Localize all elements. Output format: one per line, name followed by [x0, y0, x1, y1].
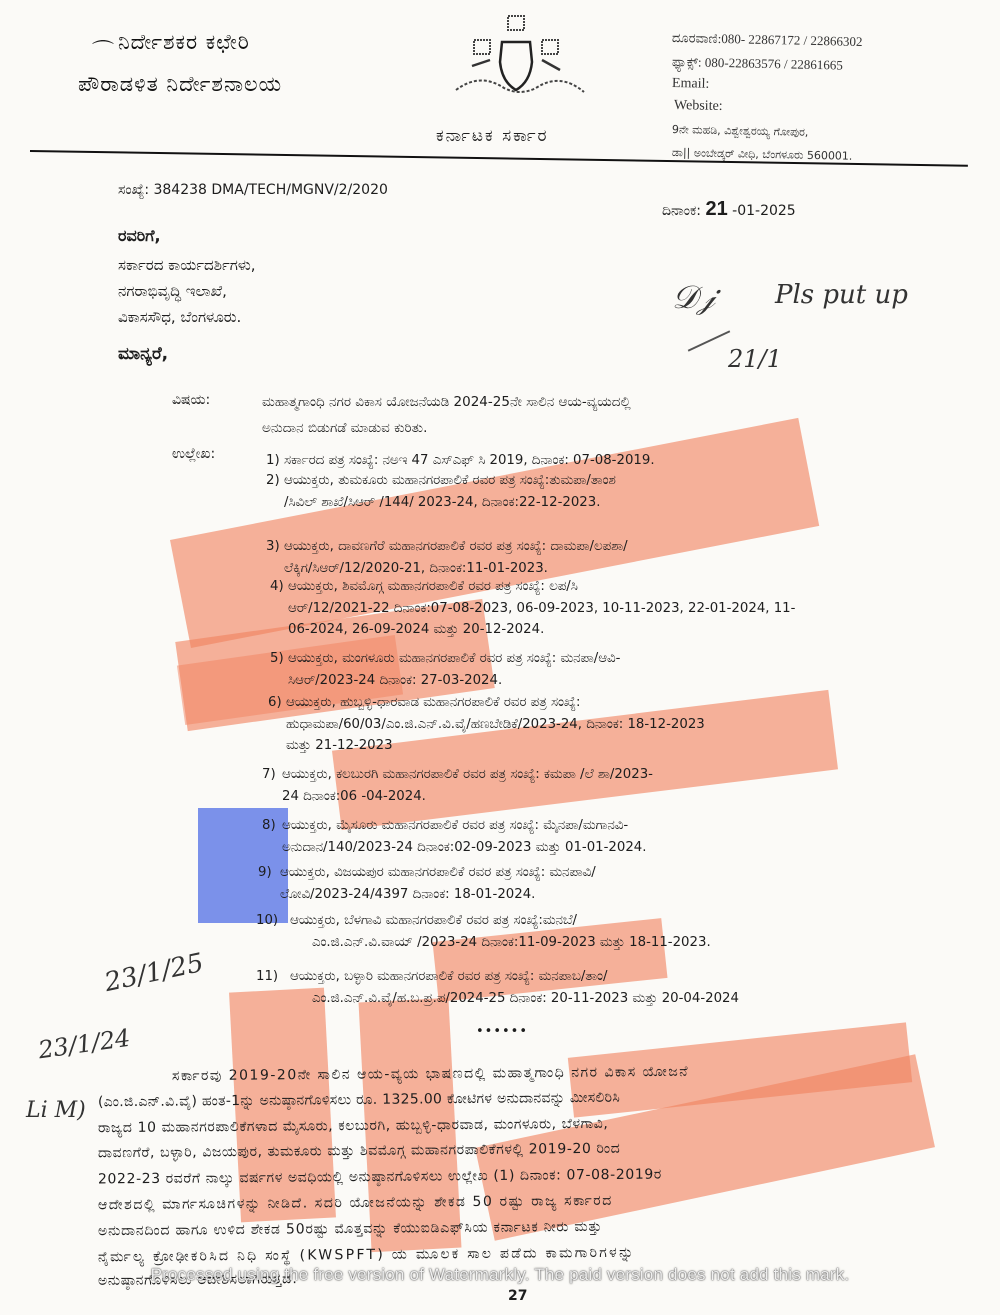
side-note: Li M)	[26, 1098, 86, 1123]
side-signature-1: 23/1/25	[102, 948, 206, 998]
paragraph-line: ರಾಜ್ಯದ 10 ಮಹಾನಗರಪಾಲಿಕೆಗಳಾದ ಮೈಸೂರು, ಕಲಬುರ…	[98, 1115, 609, 1135]
paragraph-line: ಅನುದಾನದಿಂದ ಹಾಗೂ ಉಳಿದ ಶೇಕಡ 50ರಷ್ಟು ಮೊತ್ತವ…	[98, 1219, 602, 1239]
government-label: ಕರ್ನಾಟಕ ಸರ್ಕಾರ	[436, 126, 549, 146]
initials-signature: 𝒟𝒿	[672, 278, 715, 317]
reference-number-8: 8)	[262, 815, 276, 836]
pen-mark-icon: ⌒	[92, 35, 114, 66]
reference-item-line: ಆಯುಕ್ತರು, ಮೈಸೂರು ಮಹಾನಗರಪಾಲಿಕೆ ರವರ ಪತ್ರ ಸ…	[282, 815, 628, 836]
reference-number-4: 4)	[270, 576, 284, 597]
reference-item-line: ಆಯುಕ್ತರು, ವಿಜಯಪುರ ಮಹಾನಗರಪಾಲಿಕೆ ರವರ ಪತ್ರ …	[280, 862, 596, 883]
reference-item-line: ಆಯುಕ್ತರು, ಬಳ್ಳಾರಿ ಮಹಾನಗರಪಾಲಿಕೆ ರವರ ಪತ್ರ …	[290, 966, 607, 987]
watermark-text: Processed using the free version of Wate…	[0, 1265, 1000, 1285]
date-rest: -01-2025	[732, 203, 796, 219]
reference-number-1: 1)	[266, 450, 280, 471]
reference-item-line: /ಸಿವಿಲ್ ಶಾಖೆ/ಸಿಆರ್ /144/ 2023-24, ದಿನಾಂಕ…	[284, 492, 600, 513]
reference-item-line: ಆಯುಕ್ತರು, ಶಿವಮೊಗ್ಗ ಮಹಾನಗರಪಾಲಿಕೆ ರವರ ಪತ್ರ…	[288, 576, 578, 597]
reference-number-11: 11)	[256, 966, 278, 987]
reference-number-9: 9)	[258, 862, 272, 883]
recipient-line: ನಗರಾಭಿವೃದ್ಧಿ ಇಲಾಖೆ,	[118, 282, 227, 300]
reference-item-line: ಮತ್ತು 21-12-2023	[286, 735, 393, 756]
subject-label: ವಿಷಯ:	[172, 392, 210, 408]
fax-number: ಫ್ಯಾಕ್ಸ್: 080-22863576 / 22861665	[672, 54, 843, 74]
letter-date: ದಿನಾಂಕ: 21 -01-2025	[662, 198, 796, 221]
salutation: ಮಾನ್ಯರೆ,	[118, 344, 168, 364]
date-day-handwritten: 21	[705, 198, 727, 220]
reference-item-line: ಎಂ.ಜಿ.ಎನ್.ವಿ.ವೈ/ಹ.ಬ.ಪ್ರ.ಪ/2024-25 ದಿನಾಂಕ…	[312, 988, 739, 1009]
reference-item-line: ಎಂ.ಜಿ.ಎನ್.ವಿ.ವಾಯ್ /2023-24 ದಿನಾಂಕ:11-09-…	[312, 932, 711, 953]
reference-item-line: ಆರ್/12/2021-22 ದಿನಾಂಕ:07-08-2023, 06-09-…	[288, 598, 795, 619]
side-signature-2: 23/1/24	[37, 1024, 133, 1065]
reference-item-line: ಆಯುಕ್ತರು, ಮಂಗಳೂರು ಮಹಾನಗರಪಾಲಿಕೆ ರವರ ಪತ್ರ …	[288, 648, 620, 669]
reference-item-line: ಸರ್ಕಾರದ ಪತ್ರ ಸಂಖ್ಯೆ: ನಅಇ 47 ಎಸ್‌ಎಫ್ ಸಿ 2…	[284, 450, 655, 471]
date-label: ದಿನಾಂಕ:	[662, 203, 701, 219]
office-name-line2: ಪೌರಾಡಳಿತ ನಿರ್ದೇಶನಾಲಯ	[78, 72, 282, 97]
page-number: 27	[508, 1288, 527, 1304]
reference-item-line: ಆಯುಕ್ತರು, ತುಮಕೂರು ಮಹಾನಗರಪಾಲಿಕೆ ರವರ ಪತ್ರ …	[284, 470, 616, 491]
karnataka-emblem-icon	[450, 12, 590, 112]
email-label: Email:	[672, 76, 710, 93]
address-line1: 9ನೇ ಮಹಡಿ, ವಿಶ್ವೇಶ್ವರಯ್ಯ ಗೋಪುರ,	[672, 123, 809, 140]
reference-number-2: 2)	[266, 470, 280, 491]
subject-line2: ಅನುದಾನ ಬಿಡುಗಡೆ ಮಾಡುವ ಕುರಿತು.	[262, 418, 427, 439]
reference-item-line: 06-2024, 26-09-2024 ಮತ್ತು 20-12-2024.	[288, 619, 544, 640]
subject-line1: ಮಹಾತ್ಮಗಾಂಧಿ ನಗರ ವಿಕಾಸ ಯೋಜನೆಯಡಿ 2024-25ನೇ…	[262, 392, 631, 413]
handwritten-note-date: 21/1	[728, 345, 782, 373]
reference-number-3: 3)	[266, 536, 280, 557]
website-label: Website:	[674, 98, 723, 115]
reference-number-5: 5)	[270, 648, 284, 669]
recipient-line: ವಿಕಾಸಸೌಧ, ಬೆಂಗಳೂರು.	[118, 308, 241, 326]
separator-dots: ••••••	[476, 1024, 528, 1039]
pen-stroke	[688, 330, 731, 351]
reference-item-line: ಅನುದಾನ/140/2023-24 ದಿನಾಂಕ:02-09-2023 ಮತ್…	[282, 837, 647, 858]
reference-item-line: ಹುಧಾಮಪಾ/60/03/ಎಂ.ಜಿ.ಎನ್.ವಿ.ವೈ/ಹಣಬೇಡಿಕೆ/2…	[286, 714, 705, 735]
reference-item-line: ಸಿಆರ್/2023-24 ದಿನಾಂಕ: 27-03-2024.	[288, 670, 502, 691]
paragraph-line: (ಎಂ.ಜಿ.ಎನ್.ವಿ.ವೈ) ಹಂತ-1ನ್ನು ಅನುಷ್ಠಾನಗೊಳಿ…	[98, 1090, 620, 1111]
reference-item-line: ಆಯುಕ್ತರು, ಕಲಬುರಗಿ ಮಹಾನಗರಪಾಲಿಕೆ ರವರ ಪತ್ರ …	[282, 764, 653, 785]
reference-item-line: ಲೋವಿ/2023-24/4397 ದಿನಾಂಕ: 18-01-2024.	[280, 884, 535, 905]
paragraph-line: ನೈರ್ಮಲ್ಯ ಕ್ರೋಢೀಕರಿಸಿದ ನಿಧಿ ಸಂಸ್ಥೆ (KWSPF…	[98, 1244, 636, 1265]
phone-number: ದೂರವಾಣಿ:080- 22867172 / 22866302	[672, 30, 863, 50]
reference-number-6: 6)	[268, 692, 282, 713]
reference-number-7: 7)	[262, 764, 276, 785]
references-label: ಉಲ್ಲೇಖ:	[172, 446, 215, 462]
reference-number: ಸಂಖ್ಯೆ: 384238 DMA/TECH/MGNV/2/2020	[118, 182, 388, 198]
reference-number-10: 10)	[256, 910, 278, 931]
reference-item-line: 24 ದಿನಾಂಕ:06 -04-2024.	[282, 786, 426, 807]
reference-item-line: ಆಯುಕ್ತರು, ದಾವಣಗೆರೆ ಮಹಾನಗರಪಾಲಿಕೆ ರವರ ಪತ್ರ…	[284, 536, 628, 557]
office-name-line1: ನಿರ್ದೇಶಕರ ಕಛೇರಿ	[118, 30, 250, 55]
reference-item-line: ಆಯುಕ್ತರು, ಹುಬ್ಬಳ್ಳಿ-ಧಾರವಾಡ ಮಹಾನಗರಪಾಲಿಕೆ …	[286, 692, 580, 713]
recipient-line: ಸರ್ಕಾರದ ಕಾರ್ಯದರ್ಶಿಗಳು,	[118, 256, 256, 274]
reference-item-line: ಆಯುಕ್ತರು, ಬೆಳಗಾವಿ ಮಹಾನಗರಪಾಲಿಕೆ ರವರ ಪತ್ರ …	[290, 910, 577, 931]
handwritten-note: Pls put up	[775, 280, 908, 310]
recipient-to: ರವರಿಗೆ,	[118, 226, 161, 246]
